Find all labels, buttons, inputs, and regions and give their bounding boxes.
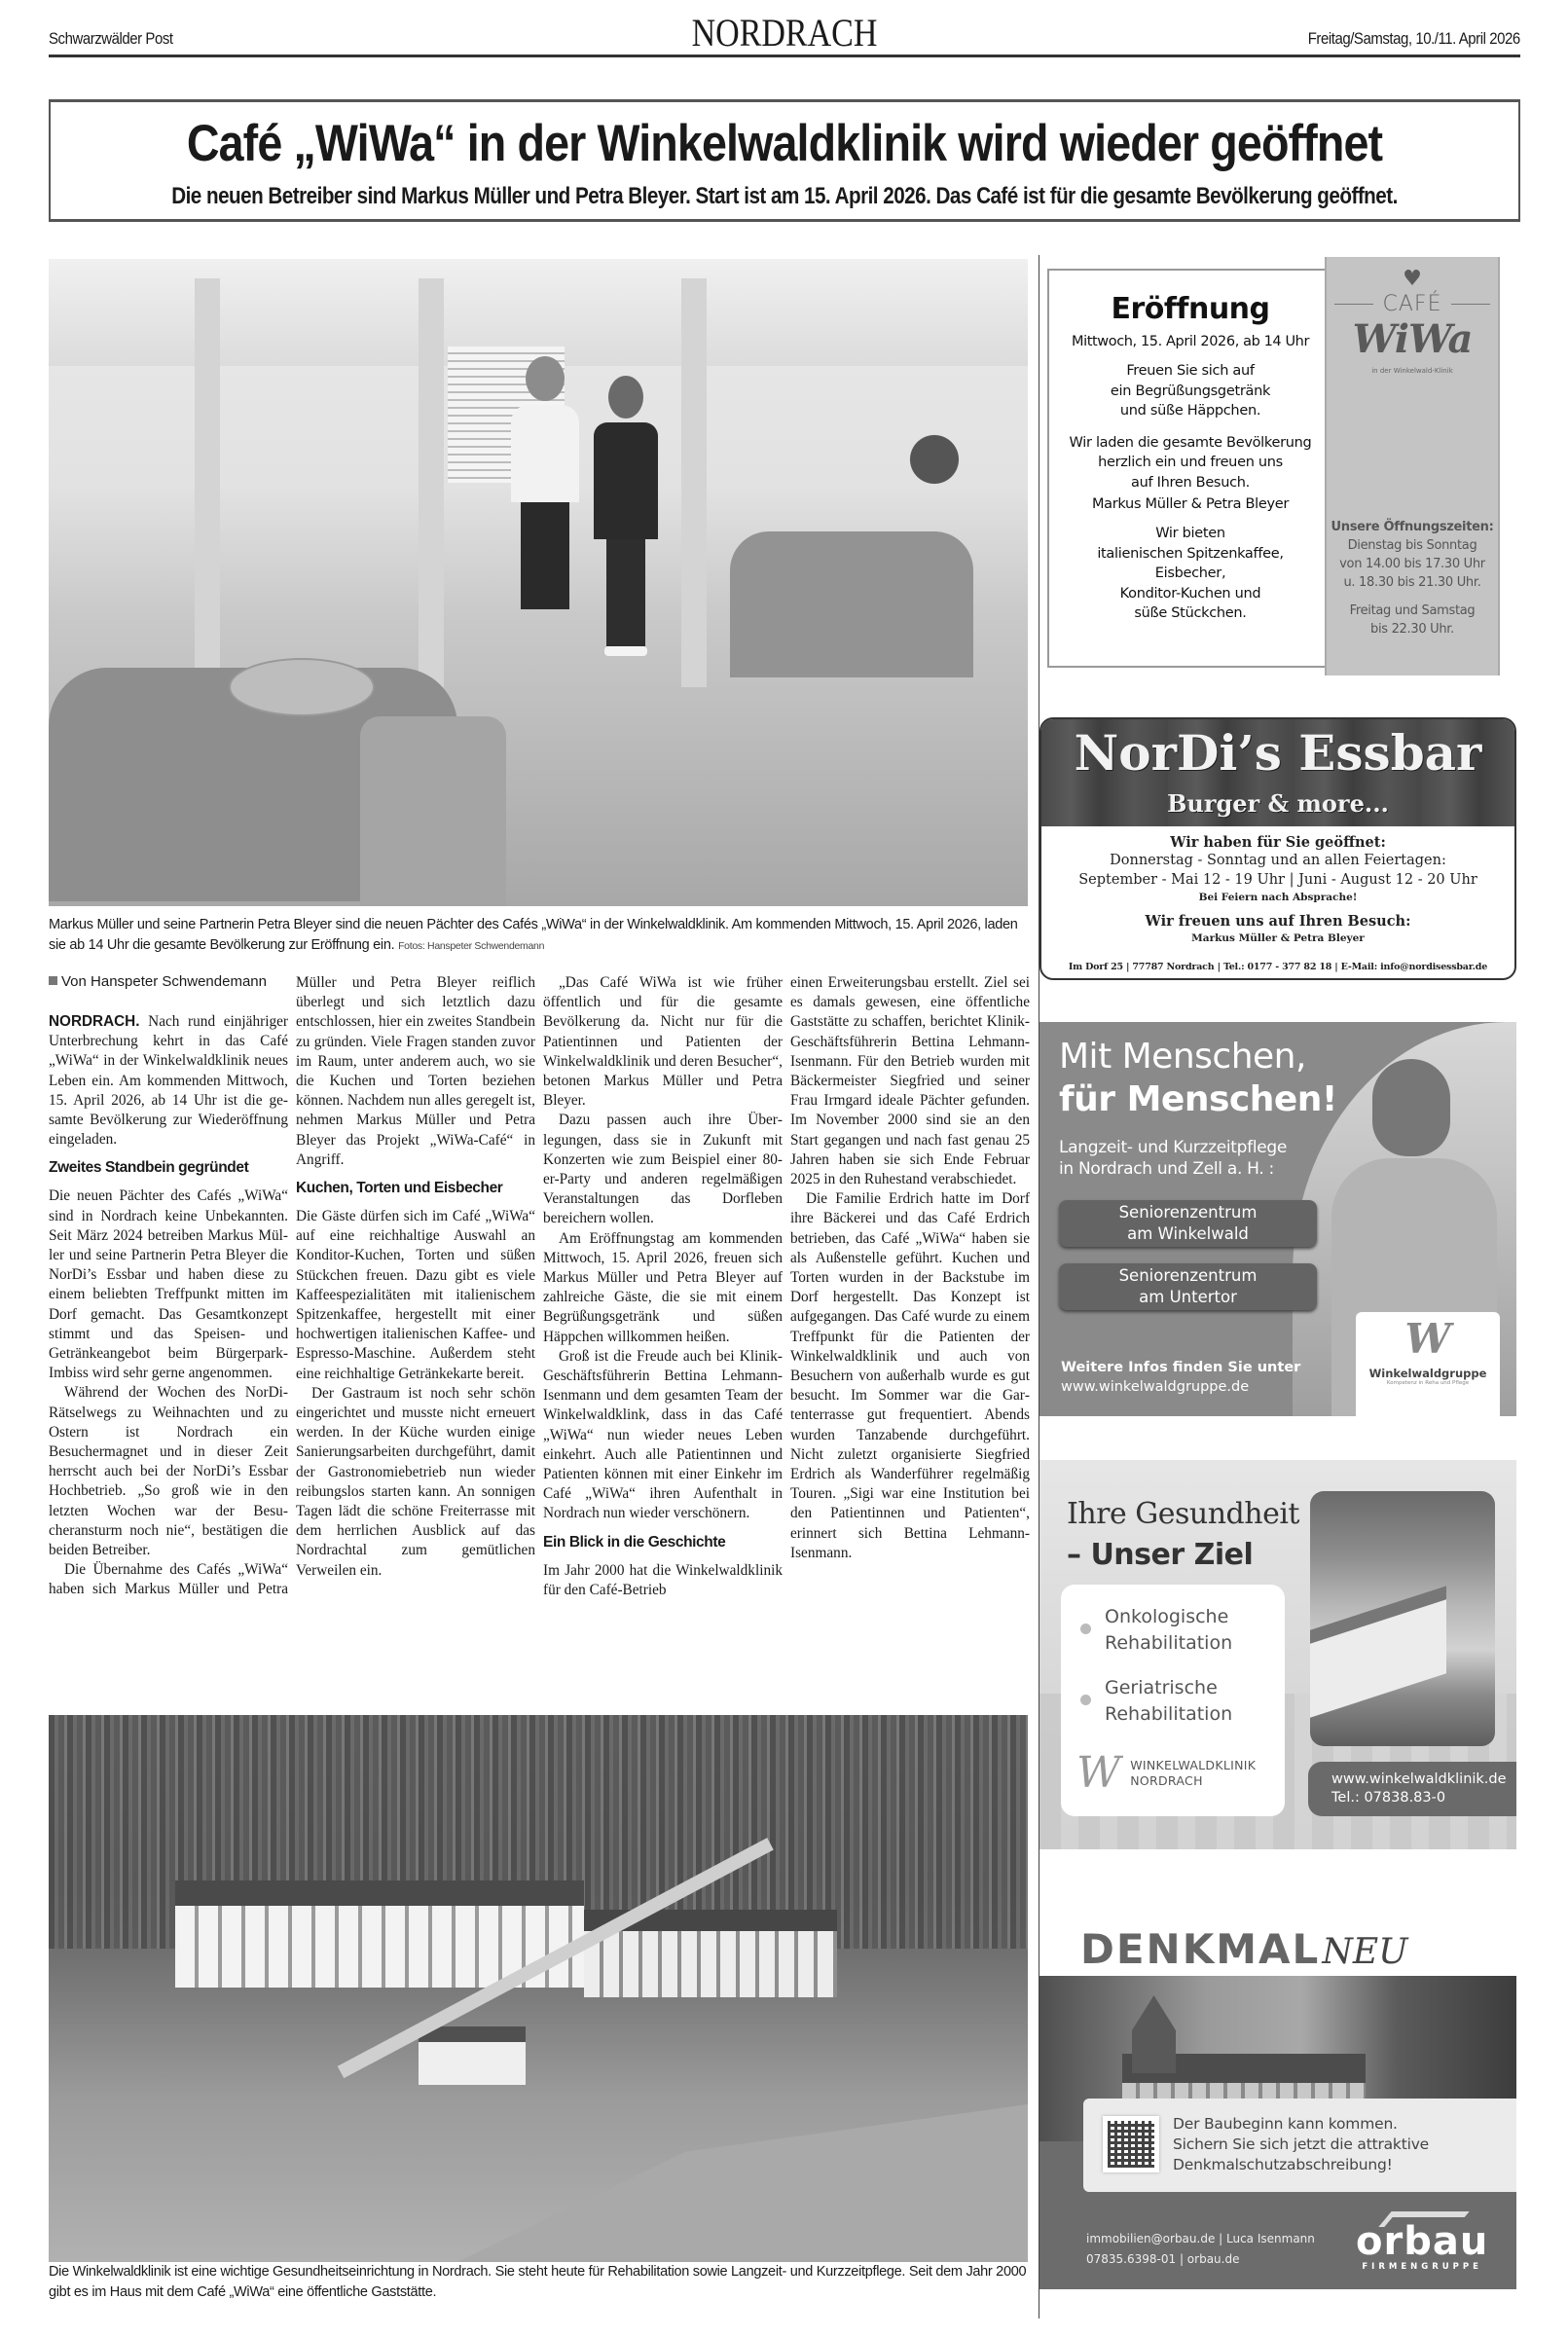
article-paragraph: „Das Café WiWa ist wie früher öffentlich… [543, 973, 783, 1111]
masthead: Schwarzwälder Post NORDRACH Freitag/Sams… [49, 8, 1520, 56]
nordi-body: Wir haben für Sie geöffnet: Donnerstag -… [1041, 834, 1514, 944]
orbau-message: Der Baubeginn kann kommen.Sichern Sie si… [1173, 2114, 1429, 2175]
photo-credit: Fotos: Hanspeter Schwendemann [398, 940, 544, 952]
plant-icon [905, 424, 964, 512]
article-column-1: Von Hanspeter Schwendemann NORDRACH. Nac… [49, 973, 288, 1599]
photo-caption-cafe: Markus Müller und seine Partnerin Petra … [49, 915, 1028, 957]
klinik-headline-2: – Unser Ziel [1067, 1538, 1253, 1572]
masthead-divider [49, 55, 1520, 57]
article-column-4: einen Erweiterungsbau erstellt. Ziel sei… [790, 973, 1030, 1563]
orbau-phone-web[interactable]: 07835.6398-01 | orbau.de [1086, 2249, 1315, 2270]
cafe-wiwa-logo-panel: ♥ CAFÉ WiWa in der Winkelwald-Klinik Uns… [1325, 257, 1500, 675]
opening-para-3: Wir bietenitalienischen Spitzenkaffee,Ei… [1049, 524, 1331, 624]
article-paragraph: Am Eröffnungstag am kom­menden Mittwoch,… [543, 1229, 783, 1347]
denkmal-title: DENKMALNEU [1080, 1925, 1407, 1973]
gruppe-subline: Langzeit- und Kurzzeitpflegein Nordrach … [1059, 1137, 1287, 1180]
dateline: NORDRACH. [49, 1013, 139, 1030]
person-markus [511, 356, 579, 609]
roof-icon [1378, 2211, 1469, 2227]
winkelwaldgruppe-logo: W Winkelwaldgruppe Kompetenz in Reha und… [1356, 1312, 1500, 1416]
ad-nordis-essbar[interactable]: NorDi’s Essbar Burger & more... Wir habe… [1039, 717, 1516, 980]
person-petra [594, 376, 658, 658]
article-lead: NORDRACH. Nach rund ein­jähriger Unterbr… [49, 1012, 288, 1150]
orbau-contact: immobilien@orbau.de | Luca Isenmann 0783… [1086, 2229, 1315, 2270]
ad-winkelwaldklinik[interactable]: Ihre Gesundheit – Unser Ziel Onkologisch… [1039, 1460, 1516, 1849]
subhead-zweites-standbein: Zweites Standbein gegründet [49, 1158, 288, 1178]
opening-para-1: Freuen Sie sich aufein Begrüßungsgetränk… [1049, 361, 1331, 421]
byline: Von Hanspeter Schwendemann [49, 973, 288, 991]
article-column-2: Müller und Petra Bleyer reiflich überleg… [296, 973, 535, 1581]
article-paragraph: Dazu passen auch ihre Über­legungen, das… [543, 1111, 783, 1228]
klinik-contact: www.winkelwaldklinik.de Tel.: 07838.83-0 [1308, 1762, 1516, 1816]
bullet-dot-icon [1080, 1624, 1091, 1634]
orbau-email[interactable]: immobilien@orbau.de | Luca Isenmann [1086, 2229, 1315, 2249]
opening-title: Eröffnung [1049, 292, 1331, 326]
wiwa-logo-script: WiWa [1327, 318, 1498, 361]
orbau-message-box: Der Baubeginn kann kommen.Sichern Sie si… [1083, 2099, 1516, 2192]
subhead-geschichte: Ein Blick in die Geschichte [543, 1533, 783, 1552]
headline-box: Café „WiWa“ in der Winkelwaldklinik wird… [49, 99, 1520, 222]
winkelwaldklinik-logo: W WINKELWALDKLINIKNORDRACH [1076, 1748, 1256, 1798]
wiwa-logo-sub: in der Winkelwald-Klinik [1327, 367, 1498, 375]
button-seniorenzentrum-untertor[interactable]: Seniorenzentrumam Untertor [1059, 1263, 1317, 1310]
nordi-name: NorDi’s Essbar [1041, 719, 1514, 784]
opening-para-2: Wir laden die gesamte Bevölkerungherzlic… [1049, 433, 1331, 493]
article-headline: Café „WiWa“ in der Winkelwaldklinik wird… [138, 114, 1430, 174]
service-item: OnkologischeRehabilitation [1080, 1604, 1232, 1657]
cafe-interior-photo [49, 259, 1028, 906]
gruppe-more-info: Weitere Infos finden Sie unterwww.winkel… [1061, 1358, 1300, 1397]
klinik-services-card: OnkologischeRehabilitation GeriatrischeR… [1061, 1585, 1285, 1816]
article-paragraph-continued: einen Erweiterungsbau erstellt. Ziel sei… [790, 973, 1030, 1189]
article-paragraph: Groß ist die Freude auch bei Klinik-Gesc… [543, 1347, 783, 1524]
opening-names: Markus Müller & Petra Bleyer [1049, 496, 1331, 512]
klinik-phone: Tel.: 07838.83-0 [1331, 1789, 1516, 1807]
section-title: NORDRACH [159, 10, 1409, 55]
gruppe-headline-2: für Menschen! [1059, 1078, 1337, 1121]
ad-orbau-denkmal[interactable]: DENKMALNEU Der Baubeginn kann kommen.Sic… [1039, 1910, 1516, 2289]
clinic-aerial-photo [49, 1715, 1028, 2262]
klinik-headline-1: Ihre Gesundheit [1067, 1497, 1299, 1531]
gruppe-url-link[interactable]: www.winkelwaldgruppe.de [1061, 1377, 1300, 1397]
article-paragraph: Der Gastraum ist noch sehr schön eingeri… [296, 1384, 535, 1581]
article-paragraph: Während der Wochen des NorDi-Rätselwegs … [49, 1383, 288, 1560]
cafe-room-illustration [49, 259, 1028, 906]
clinic-scene-illustration [49, 1715, 1028, 2262]
article-column-3: „Das Café WiWa ist wie früher öffentlich… [543, 973, 783, 1600]
opening-hours: Unsere Öffnungszeiten: Dienstag bis Sonn… [1327, 518, 1498, 639]
bullet-dot-icon [1080, 1695, 1091, 1705]
photo-caption-clinic: Die Winkelwaldklinik ist eine wichtige G… [49, 2262, 1028, 2303]
opening-date: Mittwoch, 15. April 2026, ab 14 Uhr [1049, 334, 1331, 349]
orbau-logo: orbau FIRMENGRUPPE [1356, 2211, 1488, 2272]
wk-logo-icon: W [1076, 1748, 1120, 1798]
subhead-kuchen-torten: Kuchen, Torten und Eisbecher [296, 1179, 535, 1198]
article-subheadline: Die neuen Betreiber sind Markus Müller u… [154, 182, 1416, 211]
article-paragraph: Die neuen Pächter des Cafés „WiWa“ sind … [49, 1186, 288, 1383]
bullet-square-icon [49, 976, 57, 985]
article-paragraph: Die Familie Erdrich hatte im Dorf ihre B… [790, 1189, 1030, 1563]
service-item: GeriatrischeRehabilitation [1080, 1675, 1232, 1728]
ad-winkelwaldgruppe[interactable]: Mit Menschen, für Menschen! Langzeit- un… [1039, 1022, 1516, 1416]
nordi-banner: NorDi’s Essbar Burger & more... [1041, 719, 1514, 826]
klinik-url-link[interactable]: www.winkelwaldklinik.de [1331, 1770, 1516, 1789]
heart-icon: ♥ [1327, 269, 1498, 290]
klinik-building-photo [1310, 1491, 1495, 1746]
nordi-contact-footer: Im Dorf 25 | 77787 Nordrach | Tel.: 0177… [1041, 962, 1514, 972]
article-paragraph-continued: Müller und Petra Bleyer reiflich überleg… [296, 973, 535, 1170]
cafe-label-row: CAFÉ [1327, 292, 1498, 316]
button-seniorenzentrum-winkelwald[interactable]: Seniorenzentrumam Winkelwald [1059, 1200, 1317, 1247]
qr-code-icon[interactable] [1103, 2116, 1159, 2172]
article-paragraph: Im Jahr 2000 hat die Winkel­waldklinik f… [543, 1561, 783, 1600]
article-paragraph: Die Gäste dürfen sich im Café „WiWa“ auf… [296, 1207, 535, 1384]
gruppe-headline-1: Mit Menschen, [1059, 1036, 1306, 1078]
wg-logo-icon: W [1356, 1312, 1500, 1367]
issue-date: Freitag/Samstag, 10./11. April 2026 [1308, 29, 1520, 49]
opening-text: Eröffnung Mittwoch, 15. April 2026, ab 1… [1049, 271, 1331, 624]
newspaper-name: Schwarzwälder Post [49, 29, 173, 49]
nordi-tagline: Burger & more... [1041, 789, 1514, 819]
article-paragraph: Die Übernahme des Cafés „WiWa“ haben sic… [49, 1560, 288, 1599]
